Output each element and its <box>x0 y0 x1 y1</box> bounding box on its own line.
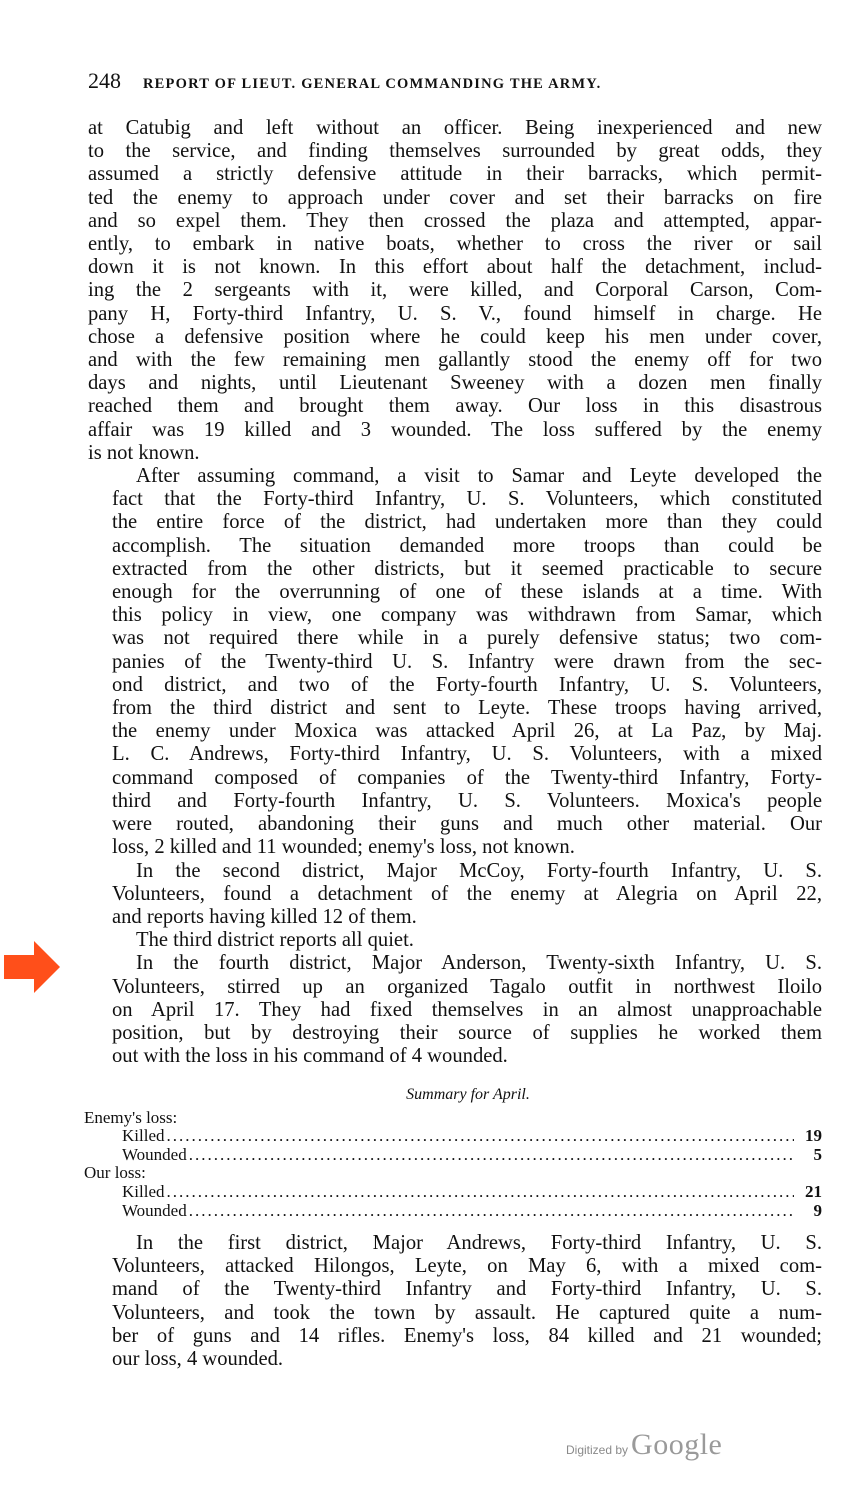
summary-row: Wounded9 <box>84 1202 822 1221</box>
summary-row-label: Killed <box>122 1183 165 1202</box>
page-number: 248 <box>88 68 121 94</box>
text-line: Volunteers, found a detachment of the en… <box>88 883 822 906</box>
digitized-watermark: Digitized by Google <box>566 1428 722 1462</box>
text-line: this policy in view, one company was wit… <box>88 604 822 627</box>
summary-row-value: 9 <box>800 1202 822 1221</box>
text-line: ently, to embark in native boats, whethe… <box>88 233 822 256</box>
text-line: at Catubig and left without an officer. … <box>88 117 822 140</box>
text-line: to the service, and finding themselves s… <box>88 140 822 163</box>
paragraph: In the second district, Major McCoy, For… <box>88 860 822 930</box>
dot-leader <box>189 1202 794 1221</box>
text-line: Volunteers, and took the town by assault… <box>88 1302 822 1325</box>
text-line: was not required there while in a purely… <box>88 627 822 650</box>
text-line: on April 17. They had fixed themselves i… <box>88 999 822 1022</box>
paragraph: In the fourth district, Major Anderson, … <box>88 952 822 1068</box>
arrow-right-icon <box>4 941 60 993</box>
text-line: position, but by destroying their source… <box>88 1022 822 1045</box>
paragraph: at Catubig and left without an officer. … <box>88 117 822 465</box>
text-line: ted the enemy to approach under cover an… <box>88 187 822 210</box>
summary-row-label: Killed <box>122 1127 165 1146</box>
digitized-by-label: Digitized by <box>566 1443 628 1457</box>
text-line: the enemy under Moxica was attacked Apri… <box>88 720 822 743</box>
summary-table: Summary for April. Enemy's loss:Killed19… <box>84 1086 822 1220</box>
summary-row-value: 5 <box>800 1146 822 1165</box>
summary-group-label: Our loss: <box>84 1164 822 1183</box>
text-line: Volunteers, stirred up an organized Taga… <box>88 976 822 999</box>
text-line: After assuming command, a visit to Samar… <box>88 465 822 488</box>
text-line: third and Forty-fourth Infantry, U. S. V… <box>88 790 822 813</box>
dot-leader <box>167 1127 795 1146</box>
text-line: ing the 2 sergeants with it, were killed… <box>88 279 822 302</box>
text-line: accomplish. The situation demanded more … <box>88 535 822 558</box>
summary-group: Enemy's loss:Killed19Wounded5 <box>84 1109 822 1165</box>
text-line: extracted from the other districts, but … <box>88 558 822 581</box>
text-line: In the fourth district, Major Anderson, … <box>88 952 822 975</box>
text-line: enough for the overrunning of one of the… <box>88 581 822 604</box>
text-line: The third district reports all quiet. <box>88 929 822 952</box>
summary-group: Our loss:Killed21Wounded9 <box>84 1164 822 1220</box>
text-line: assumed a strictly defensive attitude in… <box>88 163 822 186</box>
summary-row-value: 19 <box>800 1127 822 1146</box>
dot-leader <box>189 1146 794 1165</box>
body-text: at Catubig and left without an officer. … <box>88 117 822 1068</box>
dot-leader <box>167 1183 795 1202</box>
text-line: panies of the Twenty-third U. S. Infantr… <box>88 651 822 674</box>
text-line: and reports having killed 12 of them. <box>88 906 822 929</box>
summary-row: Wounded5 <box>84 1146 822 1165</box>
google-logo: Google <box>631 1428 722 1462</box>
text-line: the entire force of the district, had un… <box>88 511 822 534</box>
text-line: L. C. Andrews, Forty-third Infantry, U. … <box>88 743 822 766</box>
text-line: fact that the Forty-third Infantry, U. S… <box>88 488 822 511</box>
text-line: out with the loss in his command of 4 wo… <box>88 1045 822 1068</box>
body-text-continued: In the first district, Major Andrews, Fo… <box>88 1232 822 1371</box>
text-line: from the third district and sent to Leyt… <box>88 697 822 720</box>
text-line: and so expel them. They then crossed the… <box>88 210 822 233</box>
paragraph: In the first district, Major Andrews, Fo… <box>88 1232 822 1371</box>
text-line: ond district, and two of the Forty-fourt… <box>88 674 822 697</box>
text-line: our loss, 4 wounded. <box>88 1348 822 1371</box>
summary-row-label: Wounded <box>122 1202 187 1221</box>
text-line: down it is not known. In this effort abo… <box>88 256 822 279</box>
text-line: Volunteers, attacked Hilongos, Leyte, on… <box>88 1255 822 1278</box>
text-line: were routed, abandoning their guns and m… <box>88 813 822 836</box>
text-line: In the second district, Major McCoy, For… <box>88 860 822 883</box>
summary-group-label: Enemy's loss: <box>84 1109 822 1128</box>
text-line: and with the few remaining men gallantly… <box>88 349 822 372</box>
summary-title: Summary for April. <box>84 1086 822 1105</box>
text-line: is not known. <box>88 442 822 465</box>
text-line: pany H, Forty-third Infantry, U. S. V., … <box>88 303 822 326</box>
text-line: days and nights, until Lieutenant Sweene… <box>88 372 822 395</box>
running-head: REPORT OF LIEUT. GENERAL COMMANDING THE … <box>143 76 601 93</box>
text-line: reached them and brought them away. Our … <box>88 395 822 418</box>
text-line: mand of the Twenty-third Infantry and Fo… <box>88 1278 822 1301</box>
text-line: loss, 2 killed and 11 wounded; enemy's l… <box>88 836 822 859</box>
text-line: ber of guns and 14 rifles. Enemy's loss,… <box>88 1325 822 1348</box>
text-line: In the first district, Major Andrews, Fo… <box>88 1232 822 1255</box>
page-header: 248 REPORT OF LIEUT. GENERAL COMMANDING … <box>88 68 778 98</box>
text-line: affair was 19 killed and 3 wounded. The … <box>88 419 822 442</box>
text-line: chose a defensive position where he coul… <box>88 326 822 349</box>
paragraph: The third district reports all quiet. <box>88 929 822 952</box>
summary-row-label: Wounded <box>122 1146 187 1165</box>
text-line: command composed of companies of the Twe… <box>88 767 822 790</box>
summary-row: Killed21 <box>84 1183 822 1202</box>
paragraph: After assuming command, a visit to Samar… <box>88 465 822 859</box>
summary-row-value: 21 <box>800 1183 822 1202</box>
summary-row: Killed19 <box>84 1127 822 1146</box>
